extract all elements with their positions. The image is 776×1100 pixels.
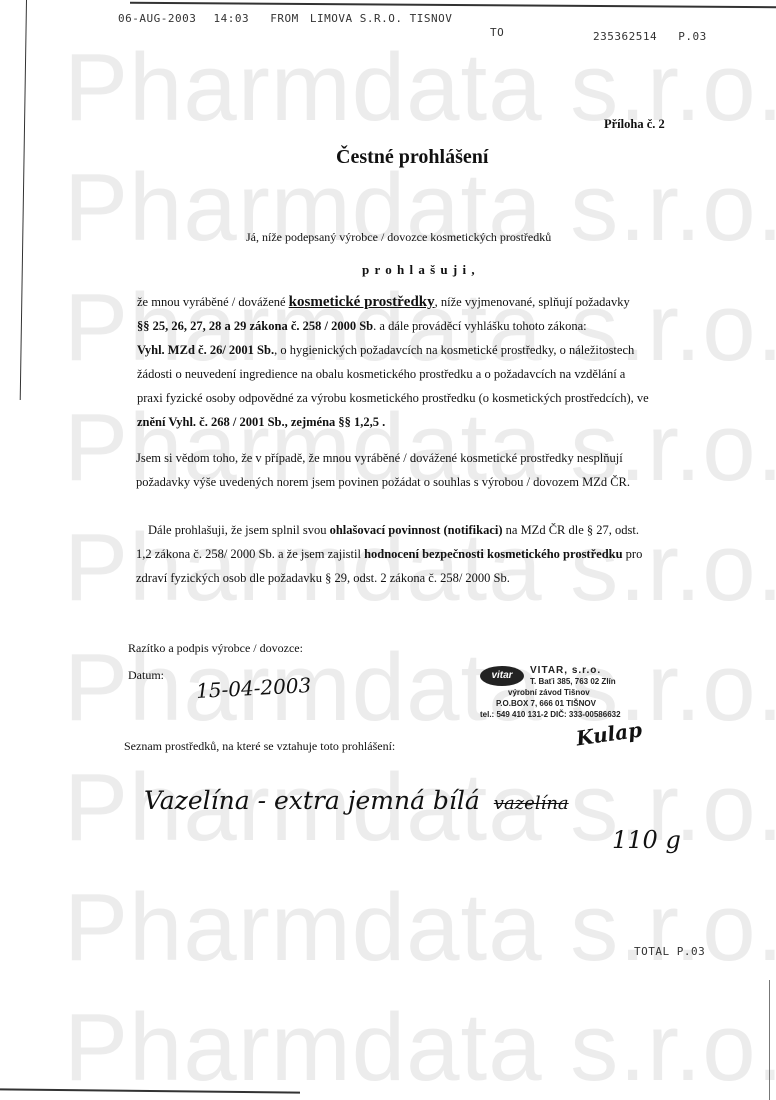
p3-line2a: 1,2 zákona č. 258/ 2000 Sb. a že jsem za… [136,547,364,561]
declare-text: p r o h l a š u j i , [362,262,476,278]
p1-line2a: §§ 25, 26, 27, 28 a 29 zákona č. 258 / 2… [137,319,373,333]
vitar-logo-icon: vitar [480,666,524,686]
watermark: Pharmdata s.r.o. [64,1000,776,1096]
stamp-company: VITAR, s.r.o. [530,665,616,676]
scan-edge-top [130,2,776,9]
p1-line3b: , o hygienických požadavcích na kosmetic… [274,343,634,357]
p3-line3: zdraví fyzických osob dle požadavku § 29… [136,566,708,590]
watermark: Pharmdata s.r.o. [64,880,776,976]
p1-highlight: kosmetické prostředky [289,294,435,310]
paragraph-1: že mnou vyráběné / dovážené kosmetické p… [137,290,697,434]
p3-line1c: na MZd ČR dle § 27, odst. [503,523,639,537]
product-struck-word: vazelína [494,793,569,814]
scan-edge-right [769,980,770,1100]
product-entry: Vazelína - extra jemná bílá vazelína [144,786,569,815]
stamp-line2: výrobní závod Tišnov [508,687,670,698]
p3-line1a: Dále prohlašuji, že jsem splnil svou [148,523,330,537]
fax-from-label: FROM [270,12,299,25]
stamp-line1: T. Baťi 385, 763 02 Zlín [530,676,616,687]
p1-line1c: , níže vyjmenované, splňují požadavky [435,295,630,309]
paragraph-3: Dále prohlašuji, že jsem splnil svou ohl… [148,518,708,590]
fax-from: LIMOVA S.R.O. TISNOV [310,12,452,25]
p1-line4: žádosti o neuvedení ingredience na obalu… [137,362,697,386]
fax-to-label: TO [490,26,504,39]
paragraph-2: Jsem si vědom toho, že v případě, že mno… [136,446,696,494]
p3-line1b: ohlašovací povinnost (notifikaci) [330,523,503,537]
p1-line3a: Vyhl. MZd č. 26/ 2001 Sb. [137,343,274,357]
page-title: Čestné prohlášení [336,146,488,169]
stamp-line3: P.O.BOX 7, 666 01 TIŠNOV [496,698,670,709]
signature-label: Razítko a podpis výrobce / dovozce: [128,641,303,656]
product-name: Vazelína - extra jemná bílá [144,786,480,815]
company-stamp: vitar VITAR, s.r.o. T. Baťi 385, 763 02 … [480,665,670,720]
fax-number-group: 235362514 P.03 [593,30,707,43]
date-label: Datum: [128,668,164,683]
list-label: Seznam prostředků, na které se vztahuje … [124,739,395,754]
fax-date: 06-AUG-2003 [118,12,196,25]
fax-header: 06-AUG-2003 14:03 FROM LIMOVA S.R.O. TIS… [118,12,452,25]
product-quantity: 110 g [612,826,681,854]
fax-footer: TOTAL P.03 [634,945,705,958]
p1-line1a: že mnou vyráběné / dovážené [137,295,289,309]
watermark: Pharmdata s.r.o. [64,40,776,136]
p2-line1: Jsem si vědom toho, že v případě, že mno… [136,446,696,470]
p1-line5: praxi fyzické osoby odpovědné za výrobu … [137,386,697,410]
p1-line2b: . a dále prováděcí vyhlášku tohoto zákon… [373,319,586,333]
intro-text: Já, níže podepsaný výrobce / dovozce kos… [246,230,551,245]
fax-number: 235362514 [593,30,657,43]
p2-line2: požadavky výše uvedených norem jsem povi… [136,470,696,494]
p1-line6: znění Vyhl. č. 268 / 2001 Sb., zejména §… [137,415,385,429]
p3-line2c: pro [623,547,643,561]
p3-line2b: hodnocení bezpečnosti kosmetického prost… [364,547,622,561]
fax-page: P.03 [678,30,707,43]
stamp-line4: tel.: 549 410 131-2 DIČ: 333-00586632 [480,709,670,720]
scan-edge-left [20,0,27,400]
fax-time: 14:03 [213,12,249,25]
attachment-label: Příloha č. 2 [604,117,665,132]
